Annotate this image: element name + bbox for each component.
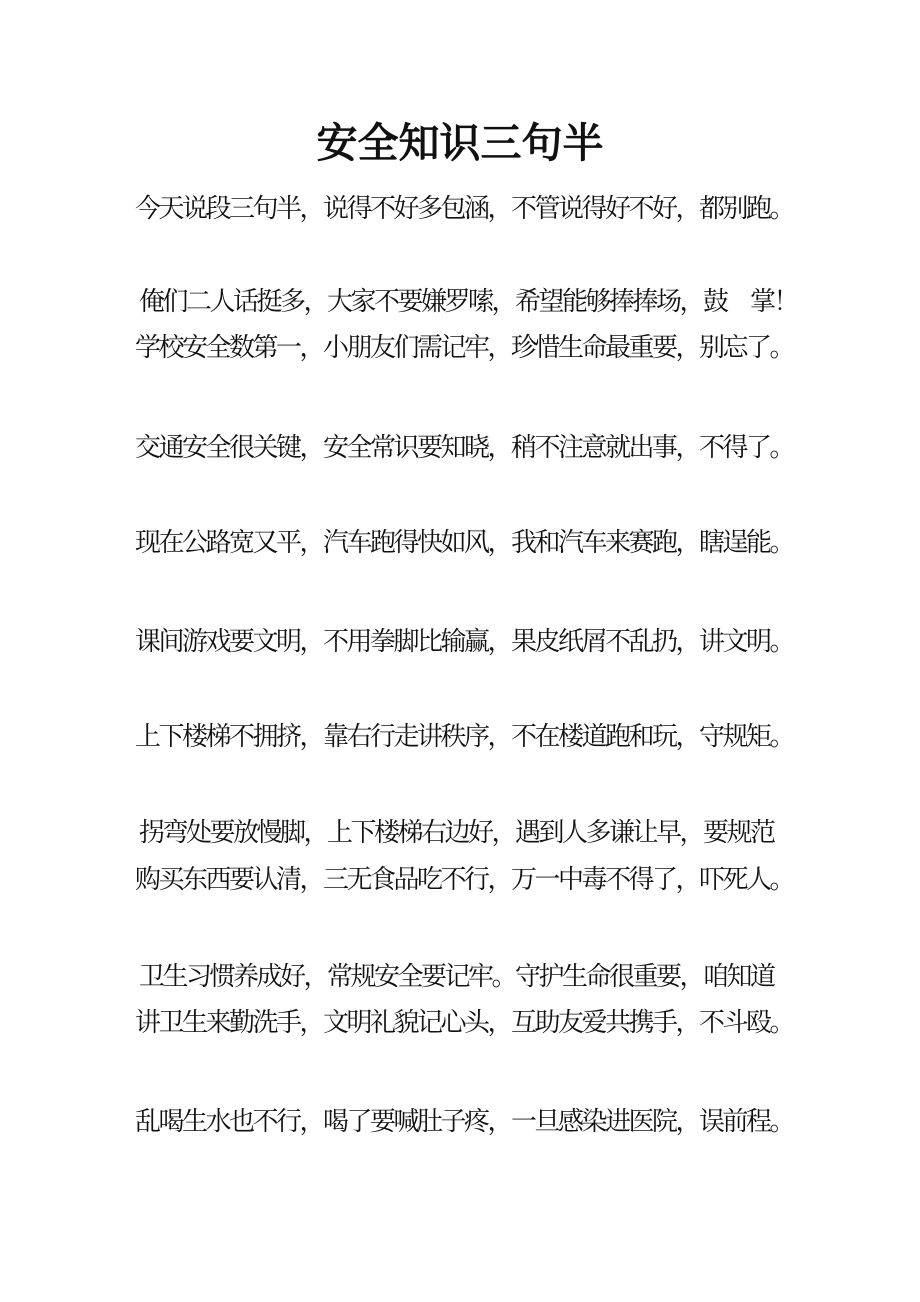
doc-line: 拐弯处要放慢脚，上下楼梯右边好，遇到人多谦让早，要规范	[135, 818, 815, 848]
document-page: 安全知识三句半 今天说段三句半，说得不好多包涵，不管说得好不好，都别跑。 俺们二…	[0, 0, 920, 1302]
doc-line: 卫生习惯养成好，常规安全要记牢。守护生命很重要，咱知道	[135, 962, 815, 992]
doc-line: 课间游戏要文明，不用拳脚比输赢，果皮纸屑不乱扔，讲文明。	[135, 627, 815, 657]
document-title: 安全知识三句半	[0, 118, 920, 168]
doc-line: 讲卫生来勤洗手，文明礼貌记心头，互助友爱共携手，不斗殴。	[135, 1008, 815, 1038]
doc-line: 俺们二人话挺多，大家不要嫌罗嗦，希望能够捧捧场，鼓 掌！	[135, 287, 815, 317]
doc-line: 上下楼梯不拥挤，靠右行走讲秩序，不在楼道跑和玩，守规矩。	[135, 722, 815, 752]
doc-line: 乱喝生水也不行，喝了要喊肚子疼，一旦感染进医院，误前程。	[135, 1107, 815, 1137]
doc-line: 今天说段三句半，说得不好多包涵，不管说得好不好，都别跑。	[135, 194, 815, 224]
doc-line: 交通安全很关键，安全常识要知晓，稍不注意就出事，不得了。	[135, 433, 815, 463]
doc-line: 学校安全数第一，小朋友们需记牢，珍惜生命最重要，别忘了。	[135, 333, 815, 363]
doc-line: 购买东西要认清，三无食品吃不行，万一中毒不得了，吓死人。	[135, 865, 815, 895]
doc-line: 现在公路宽又平，汽车跑得快如风，我和汽车来赛跑，瞎逞能。	[135, 528, 815, 558]
